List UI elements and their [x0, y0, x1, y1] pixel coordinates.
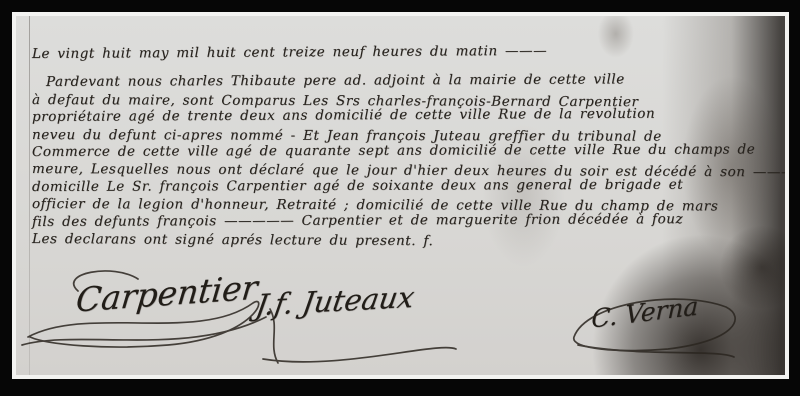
- document-paper: Le vingt huit may mil huit cent treize n…: [16, 16, 785, 375]
- flourish-juteaux: [263, 348, 456, 362]
- record-line: Le vingt huit may mil huit cent treize n…: [32, 42, 755, 64]
- signature-juteaux: J.f. Juteaux: [253, 280, 416, 323]
- flourish-carpentier-2: [22, 317, 266, 345]
- record-line: propriétaire agé de trente deux ans domi…: [32, 105, 755, 126]
- record-line: fils des defunts françois ————— Carpenti…: [32, 211, 755, 232]
- signature-verna: C. Verna: [591, 291, 699, 333]
- record-line: Pardevant nous charles Thibaute pere ad.…: [32, 71, 755, 92]
- framed-scan: Le vingt huit may mil huit cent treize n…: [0, 0, 800, 396]
- handwritten-text-block: Le vingt huit may mil huit cent treize n…: [32, 46, 755, 248]
- paper-fold-line: [29, 16, 30, 375]
- record-line: Les declarans ont signé aprés lecture du…: [32, 231, 755, 252]
- record-line: Commerce de cette ville agé de quarante …: [32, 142, 755, 162]
- white-mat-border: Le vingt huit may mil huit cent treize n…: [12, 12, 789, 379]
- record-line: domicille Le Sr. françois Carpentier agé…: [32, 176, 755, 196]
- signature-carpentier: Carpentier: [74, 267, 259, 319]
- flourish-verna-2: [578, 345, 734, 357]
